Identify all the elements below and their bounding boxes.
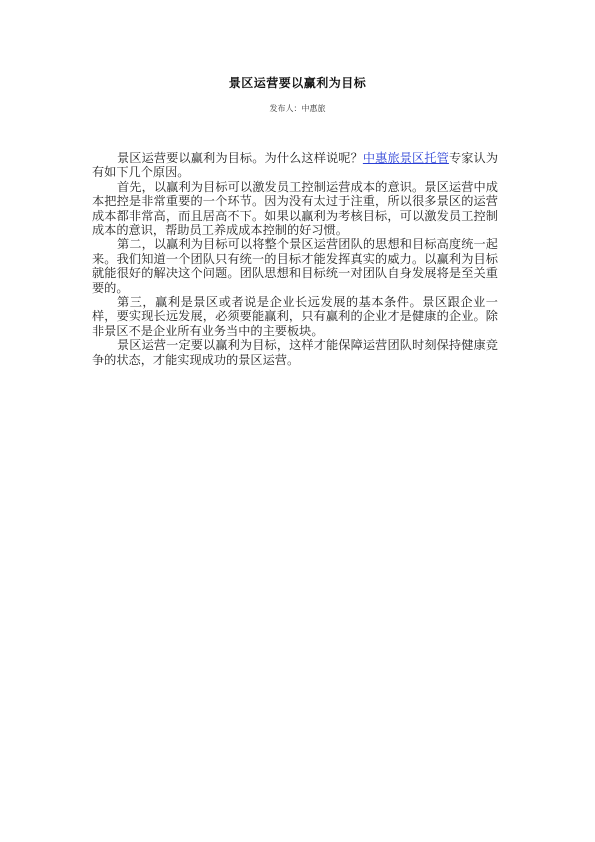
paragraph-text: 景区运营要以赢利为目标。为什么这样说呢？: [117, 151, 363, 165]
byline: 发布人：中惠旅: [0, 103, 595, 114]
paragraph-second: 第二，以赢利为目标可以将整个景区运营团队的思想和目标高度统一起来。我们知道一个团…: [92, 237, 498, 295]
document-page: 景区运营要以赢利为目标 发布人：中惠旅 景区运营要以赢利为目标。为什么这样说呢？…: [0, 0, 595, 842]
zhonghuilv-link[interactable]: 中惠旅景区托管: [363, 151, 449, 165]
paragraph-third: 第三，赢利是景区或者说是企业长远发展的基本条件。景区跟企业一样，要实现长远发展，…: [92, 295, 498, 338]
page-title: 景区运营要以赢利为目标: [0, 74, 595, 91]
paragraph-first: 首先，以赢利为目标可以激发员工控制运营成本的意识。景区运营中成本把控是非常重要的…: [92, 180, 498, 238]
paragraph-intro: 景区运营要以赢利为目标。为什么这样说呢？中惠旅景区托管专家认为有如下几个原因。: [92, 151, 498, 180]
paragraph-conclusion: 景区运营一定要以赢利为目标，这样才能保障运营团队时刻保持健康竞争的状态，才能实现…: [92, 338, 498, 367]
article-body: 景区运营要以赢利为目标。为什么这样说呢？中惠旅景区托管专家认为有如下几个原因。 …: [92, 151, 498, 367]
